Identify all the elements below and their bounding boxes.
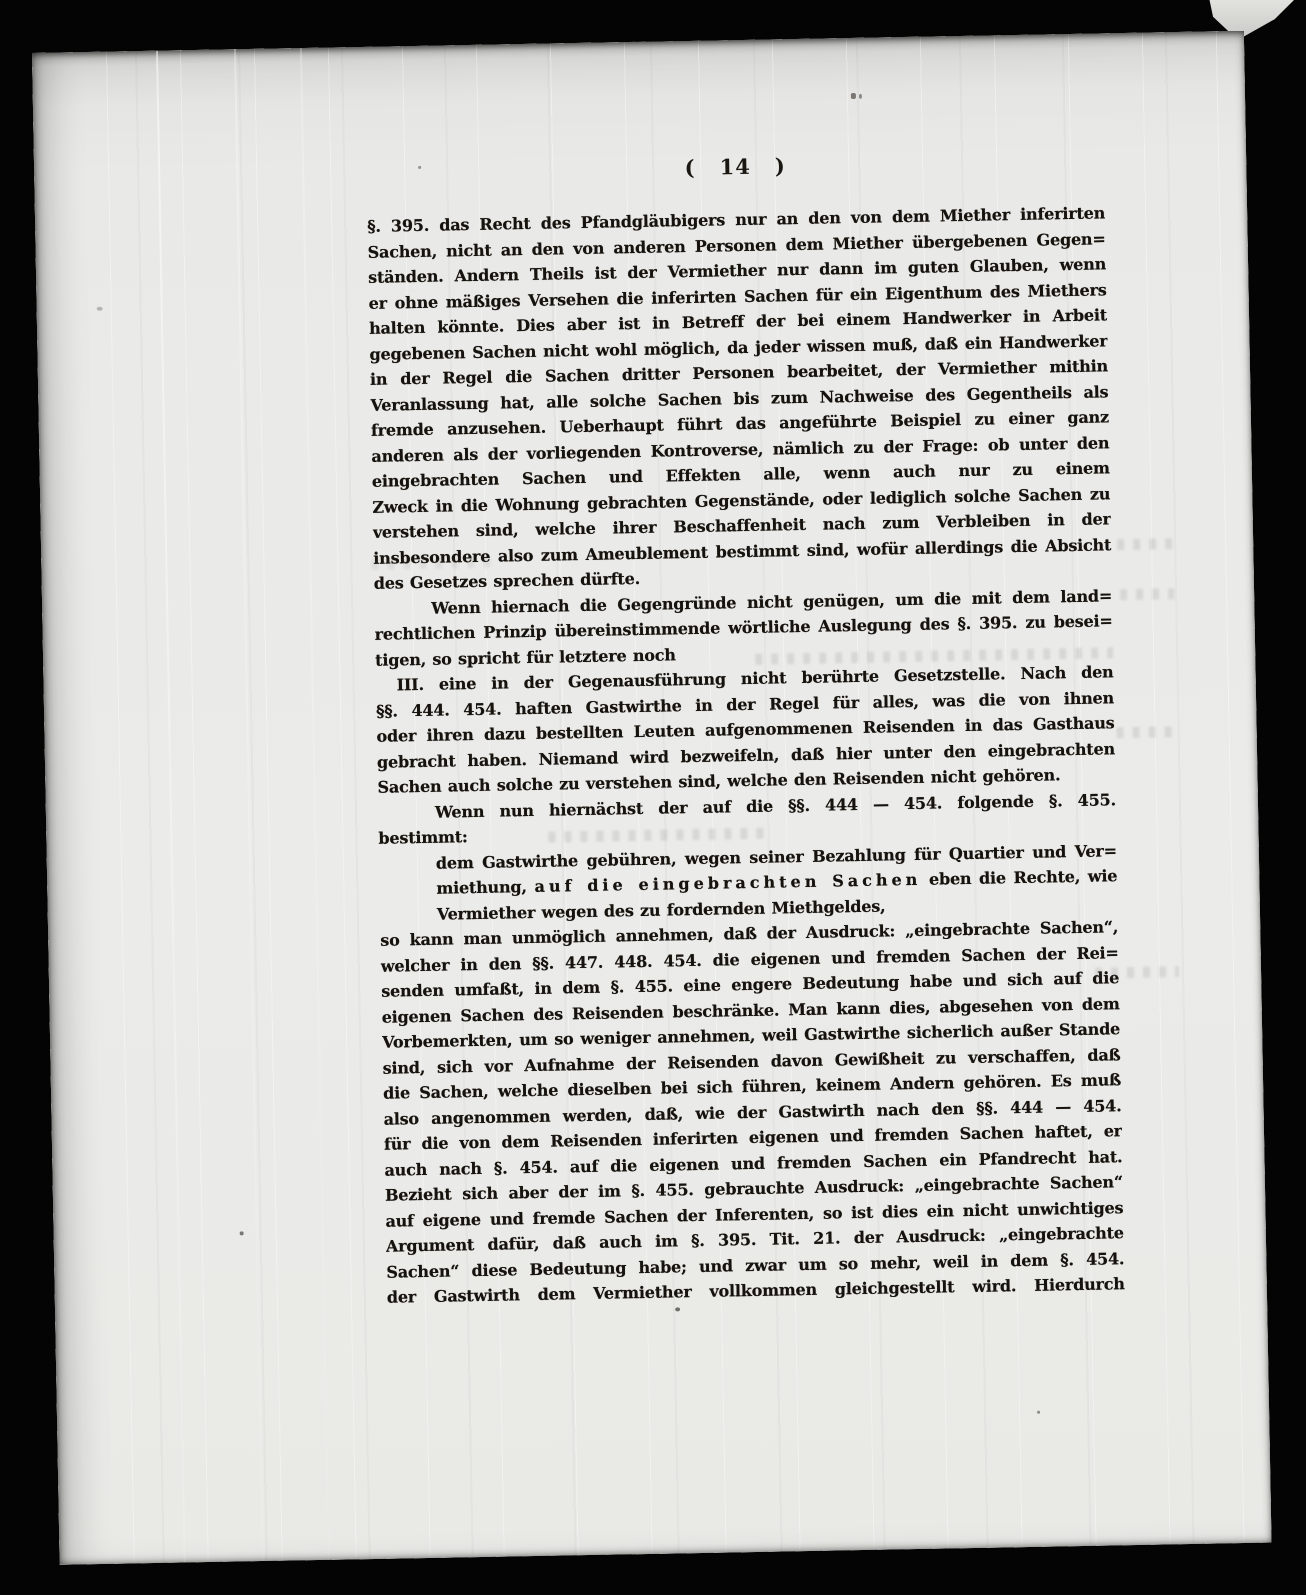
bleed-through-mark (1120, 588, 1174, 600)
paper-speck (97, 307, 103, 311)
printed-text-area: (14) §. 395. das Recht des Pfandgläubige… (366, 147, 1125, 1310)
page-number-close-paren: ) (775, 153, 786, 178)
letterspaced-emphasis: auf die eingebrachten Sachen (534, 870, 921, 896)
text-block: §. 395. das Recht des Pfandgläubigers nu… (367, 200, 1125, 1310)
bleed-through-mark (1117, 726, 1181, 738)
paper-streak (156, 51, 186, 1563)
paper-speck (675, 1307, 680, 1311)
bleed-through-mark (1117, 538, 1175, 550)
paper-speck (851, 93, 856, 99)
paper-speck (859, 94, 862, 99)
paper-speck (1037, 1411, 1040, 1414)
paper-streak (234, 49, 264, 1561)
paper-streak (300, 48, 330, 1560)
page-number: (14) (366, 147, 1104, 187)
paper-speck (240, 1231, 244, 1235)
book-page: (14) §. 395. das Recht des Pfandgläubige… (32, 31, 1272, 1565)
page-number-value: 14 (719, 154, 751, 180)
page-number-open-paren: ( (684, 155, 695, 180)
scanned-book-spread: (14) §. 395. das Recht des Pfandgläubige… (0, 0, 1306, 1595)
